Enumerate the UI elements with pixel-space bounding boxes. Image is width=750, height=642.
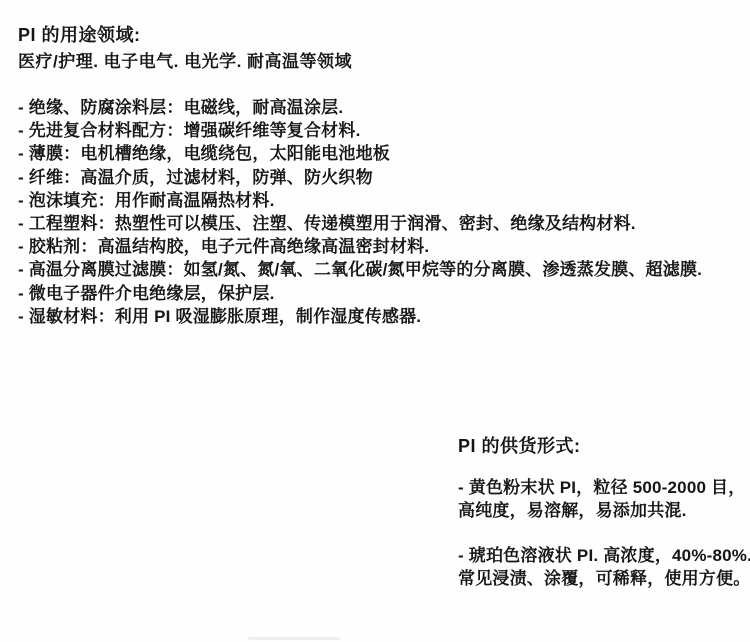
supply-item-line: 高纯度，易溶解，易添加共混. xyxy=(458,500,750,523)
usage-item: - 绝缘、防腐涂料层：电磁线，耐高温涂层. xyxy=(18,96,744,119)
document-page: PI 的用途领域: 医疗/护理. 电子电气. 电光学. 耐高温等领域 - 绝缘、… xyxy=(0,0,750,642)
usage-list: - 绝缘、防腐涂料层：电磁线，耐高温涂层. - 先进复合材料配方：增强碳纤维等复… xyxy=(18,96,744,328)
usage-item: - 薄膜：电机槽绝缘，电缆绕包，太阳能电池地板 xyxy=(18,142,744,165)
usage-item: - 胶粘剂：高温结构胶，电子元件高绝缘高温密封材料. xyxy=(18,235,744,258)
usage-item: - 先进复合材料配方：增强碳纤维等复合材料. xyxy=(18,119,744,142)
usage-item: - 高温分离膜过滤膜：如氢/氮、氮/氧、二氧化碳/氮甲烷等的分离膜、渗透蒸发膜、… xyxy=(18,258,744,281)
supply-section-title: PI 的供货形式: xyxy=(458,436,750,457)
usage-item: - 纤维：高温介质，过滤材料，防弹、防火织物 xyxy=(18,166,744,189)
usage-section: PI 的用途领域: 医疗/护理. 电子电气. 电光学. 耐高温等领域 - 绝缘、… xyxy=(18,24,744,328)
usage-item: - 工程塑料：热塑性可以模压、注塑、传递模塑用于润滑、密封、绝缘及结构材料. xyxy=(18,212,744,235)
supply-section: PI 的供货形式: - 黄色粉末状 PI，粒径 500-2000 目， 高纯度，… xyxy=(458,436,750,590)
supply-item: - 黄色粉末状 PI，粒径 500-2000 目， 高纯度，易溶解，易添加共混. xyxy=(458,477,750,522)
usage-section-title: PI 的用途领域: xyxy=(18,24,744,46)
usage-item: - 湿敏材料：利用 PI 吸湿膨胀原理，制作湿度传感器. xyxy=(18,305,744,328)
usage-section-subtitle: 医疗/护理. 电子电气. 电光学. 耐高温等领域 xyxy=(18,51,744,73)
supply-item: - 琥珀色溶液状 PI. 高浓度，40%-80%. 常见浸渍、涂覆，可稀释，使用… xyxy=(458,545,750,590)
usage-item: - 泡沫填充：用作耐高温隔热材料. xyxy=(18,189,744,212)
faint-scan-artifact xyxy=(248,637,340,640)
supply-item-line: - 琥珀色溶液状 PI. 高浓度，40%-80%. xyxy=(458,545,750,568)
supply-item-line: 常见浸渍、涂覆，可稀释，使用方便。 xyxy=(458,568,750,591)
supply-item-line: - 黄色粉末状 PI，粒径 500-2000 目， xyxy=(458,477,750,500)
usage-item: - 微电子器件介电绝缘层，保护层. xyxy=(18,282,744,305)
